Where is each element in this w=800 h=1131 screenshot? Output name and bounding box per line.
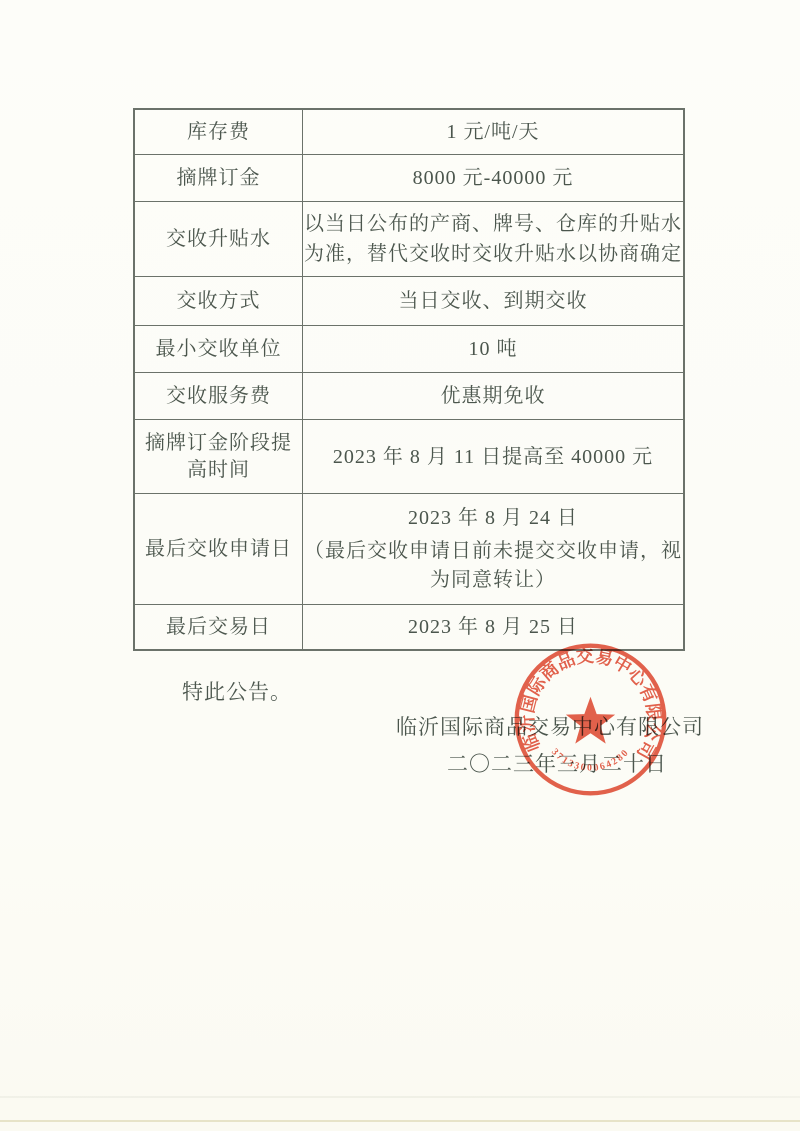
- svg-text:临沂国际商品交易中心有限公司: 临沂国际商品交易中心有限公司: [516, 645, 665, 763]
- company-name: 临沂国际商品交易中心有限公司: [396, 711, 704, 741]
- table-row: 交收升贴水 以当日公布的产商、牌号、仓库的升贴水为准，替代交收时交收升贴水以协商…: [135, 202, 683, 277]
- row-label: 最后交收申请日: [135, 494, 303, 604]
- row-value-text: 8000 元-40000 元: [413, 163, 574, 193]
- row-label: 库存费: [135, 110, 303, 154]
- row-value: 1 元/吨/天: [303, 110, 683, 154]
- row-value-text: 优惠期免收: [441, 381, 546, 411]
- row-value-text: 当日交收、到期交收: [399, 286, 588, 316]
- row-label: 最小交收单位: [135, 326, 303, 372]
- row-value: 以当日公布的产商、牌号、仓库的升贴水为准，替代交收时交收升贴水以协商确定: [303, 202, 683, 276]
- paper-edge-line: [0, 1120, 800, 1122]
- row-label: 交收服务费: [135, 373, 303, 419]
- row-value-text: 10 吨: [469, 334, 518, 364]
- row-value-text: 1 元/吨/天: [446, 117, 539, 147]
- document-page: 库存费 1 元/吨/天 摘牌订金 8000 元-40000 元 交收升贴水 以当…: [0, 0, 800, 1131]
- row-value: 2023 年 8 月 24 日 （最后交收申请日前未提交交收申请，视为同意转让）: [303, 494, 683, 604]
- row-label: 摘牌订金阶段提高时间: [135, 420, 303, 493]
- row-value: 2023 年 8 月 25 日: [303, 605, 683, 649]
- table-row: 摘牌订金 8000 元-40000 元: [135, 155, 683, 202]
- row-label: 最后交易日: [135, 605, 303, 649]
- row-value-text: 2023 年 8 月 24 日: [408, 503, 578, 533]
- row-value-text: 以当日公布的产商、牌号、仓库的升贴水为准，替代交收时交收升贴水以协商确定: [304, 209, 682, 269]
- delivery-fee-table: 库存费 1 元/吨/天 摘牌订金 8000 元-40000 元 交收升贴水 以当…: [133, 108, 685, 651]
- row-value-note: （最后交收申请日前未提交交收申请，视为同意转让）: [304, 537, 682, 595]
- row-value-text: 2023 年 8 月 25 日: [408, 612, 578, 642]
- table-row: 交收方式 当日交收、到期交收: [135, 277, 683, 326]
- row-value-text: 2023 年 8 月 11 日提高至 40000 元: [333, 442, 653, 472]
- table-row: 最后交收申请日 2023 年 8 月 24 日 （最后交收申请日前未提交交收申请…: [135, 494, 683, 605]
- table-row: 交收服务费 优惠期免收: [135, 373, 683, 420]
- table-row: 摘牌订金阶段提高时间 2023 年 8 月 11 日提高至 40000 元: [135, 420, 683, 494]
- seal-ring-text: 临沂国际商品交易中心有限公司: [516, 645, 665, 763]
- document-date: 二〇二三年三月二十日: [447, 748, 667, 778]
- row-value: 10 吨: [303, 326, 683, 372]
- row-value: 2023 年 8 月 11 日提高至 40000 元: [303, 420, 683, 493]
- row-value: 优惠期免收: [303, 373, 683, 419]
- scan-smudge-line: [0, 1096, 800, 1098]
- table-row: 最小交收单位 10 吨: [135, 326, 683, 373]
- row-label: 交收方式: [135, 277, 303, 325]
- closing-statement: 特此公告。: [182, 676, 292, 706]
- table-row: 最后交易日 2023 年 8 月 25 日: [135, 605, 683, 649]
- table-row: 库存费 1 元/吨/天: [135, 110, 683, 155]
- row-value: 当日交收、到期交收: [303, 277, 683, 325]
- row-label: 摘牌订金: [135, 155, 303, 201]
- row-value: 8000 元-40000 元: [303, 155, 683, 201]
- row-label: 交收升贴水: [135, 202, 303, 276]
